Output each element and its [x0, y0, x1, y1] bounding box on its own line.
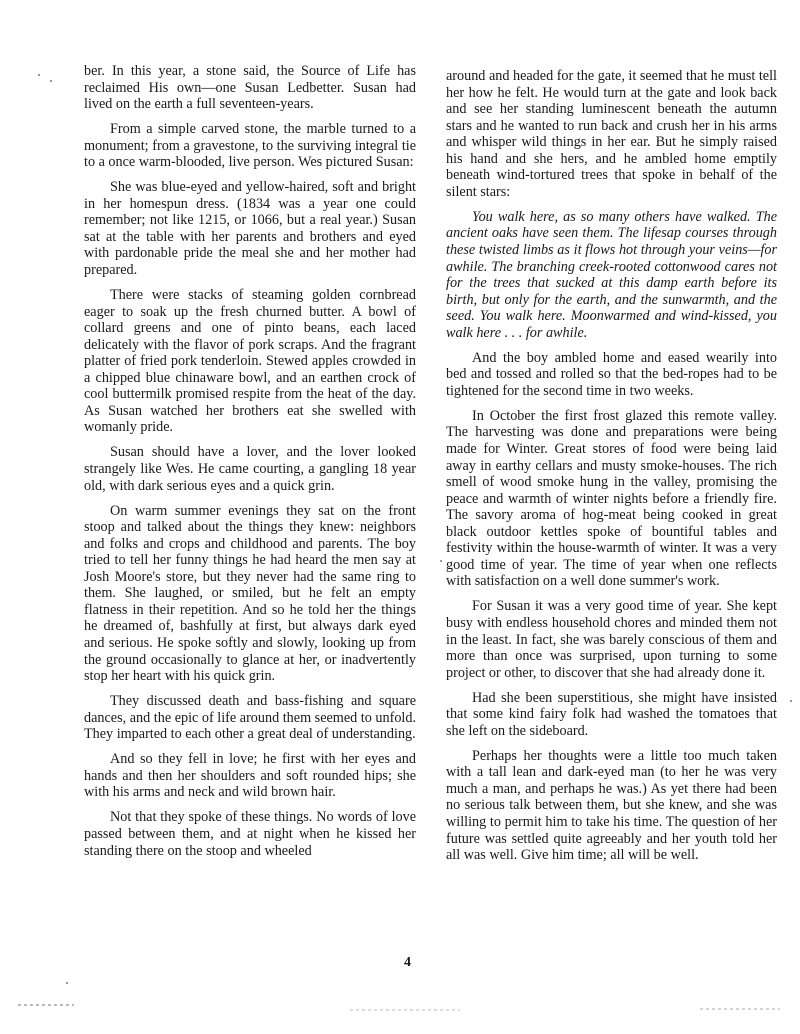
- paragraph: around and headed for the gate, it seeme…: [446, 68, 777, 200]
- paragraph: And the boy ambled home and eased wearil…: [446, 350, 777, 400]
- paragraph: Perhaps her thoughts were a little too m…: [446, 748, 777, 864]
- paragraph: They discussed death and bass-fishing an…: [84, 693, 416, 743]
- paragraph: There were stacks of steaming golden cor…: [84, 287, 416, 436]
- scan-line-artifact: [700, 1008, 780, 1010]
- scanned-document-page: ber. In this year, a stone said, the Sou…: [0, 0, 800, 1034]
- paragraph: Had she been superstitious, she might ha…: [446, 690, 777, 740]
- paragraph: Not that they spoke of these things. No …: [84, 809, 416, 859]
- right-text-column: around and headed for the gate, it seeme…: [446, 68, 777, 872]
- scan-speck: [38, 74, 40, 76]
- scan-line-artifact: [18, 1004, 74, 1006]
- paragraph: For Susan it was a very good time of yea…: [446, 598, 777, 681]
- italic-verse-paragraph: You walk here, as so many others have wa…: [446, 209, 777, 341]
- paragraph: In October the first frost glazed this r…: [446, 408, 777, 590]
- scan-speck: [440, 560, 442, 562]
- scan-speck: [66, 982, 68, 984]
- paragraph: She was blue-eyed and yellow-haired, sof…: [84, 179, 416, 278]
- scan-speck: [790, 700, 792, 702]
- paragraph: On warm summer evenings they sat on the …: [84, 503, 416, 685]
- scan-line-artifact: [350, 1009, 460, 1011]
- paragraph: And so they fell in love; he first with …: [84, 751, 416, 801]
- paragraph: Susan should have a lover, and the lover…: [84, 444, 416, 494]
- scan-speck: [50, 80, 52, 82]
- paragraph: From a simple carved stone, the marble t…: [84, 121, 416, 171]
- left-text-column: ber. In this year, a stone said, the Sou…: [84, 63, 416, 868]
- page-number: 4: [404, 955, 411, 971]
- paragraph: ber. In this year, a stone said, the Sou…: [84, 63, 416, 113]
